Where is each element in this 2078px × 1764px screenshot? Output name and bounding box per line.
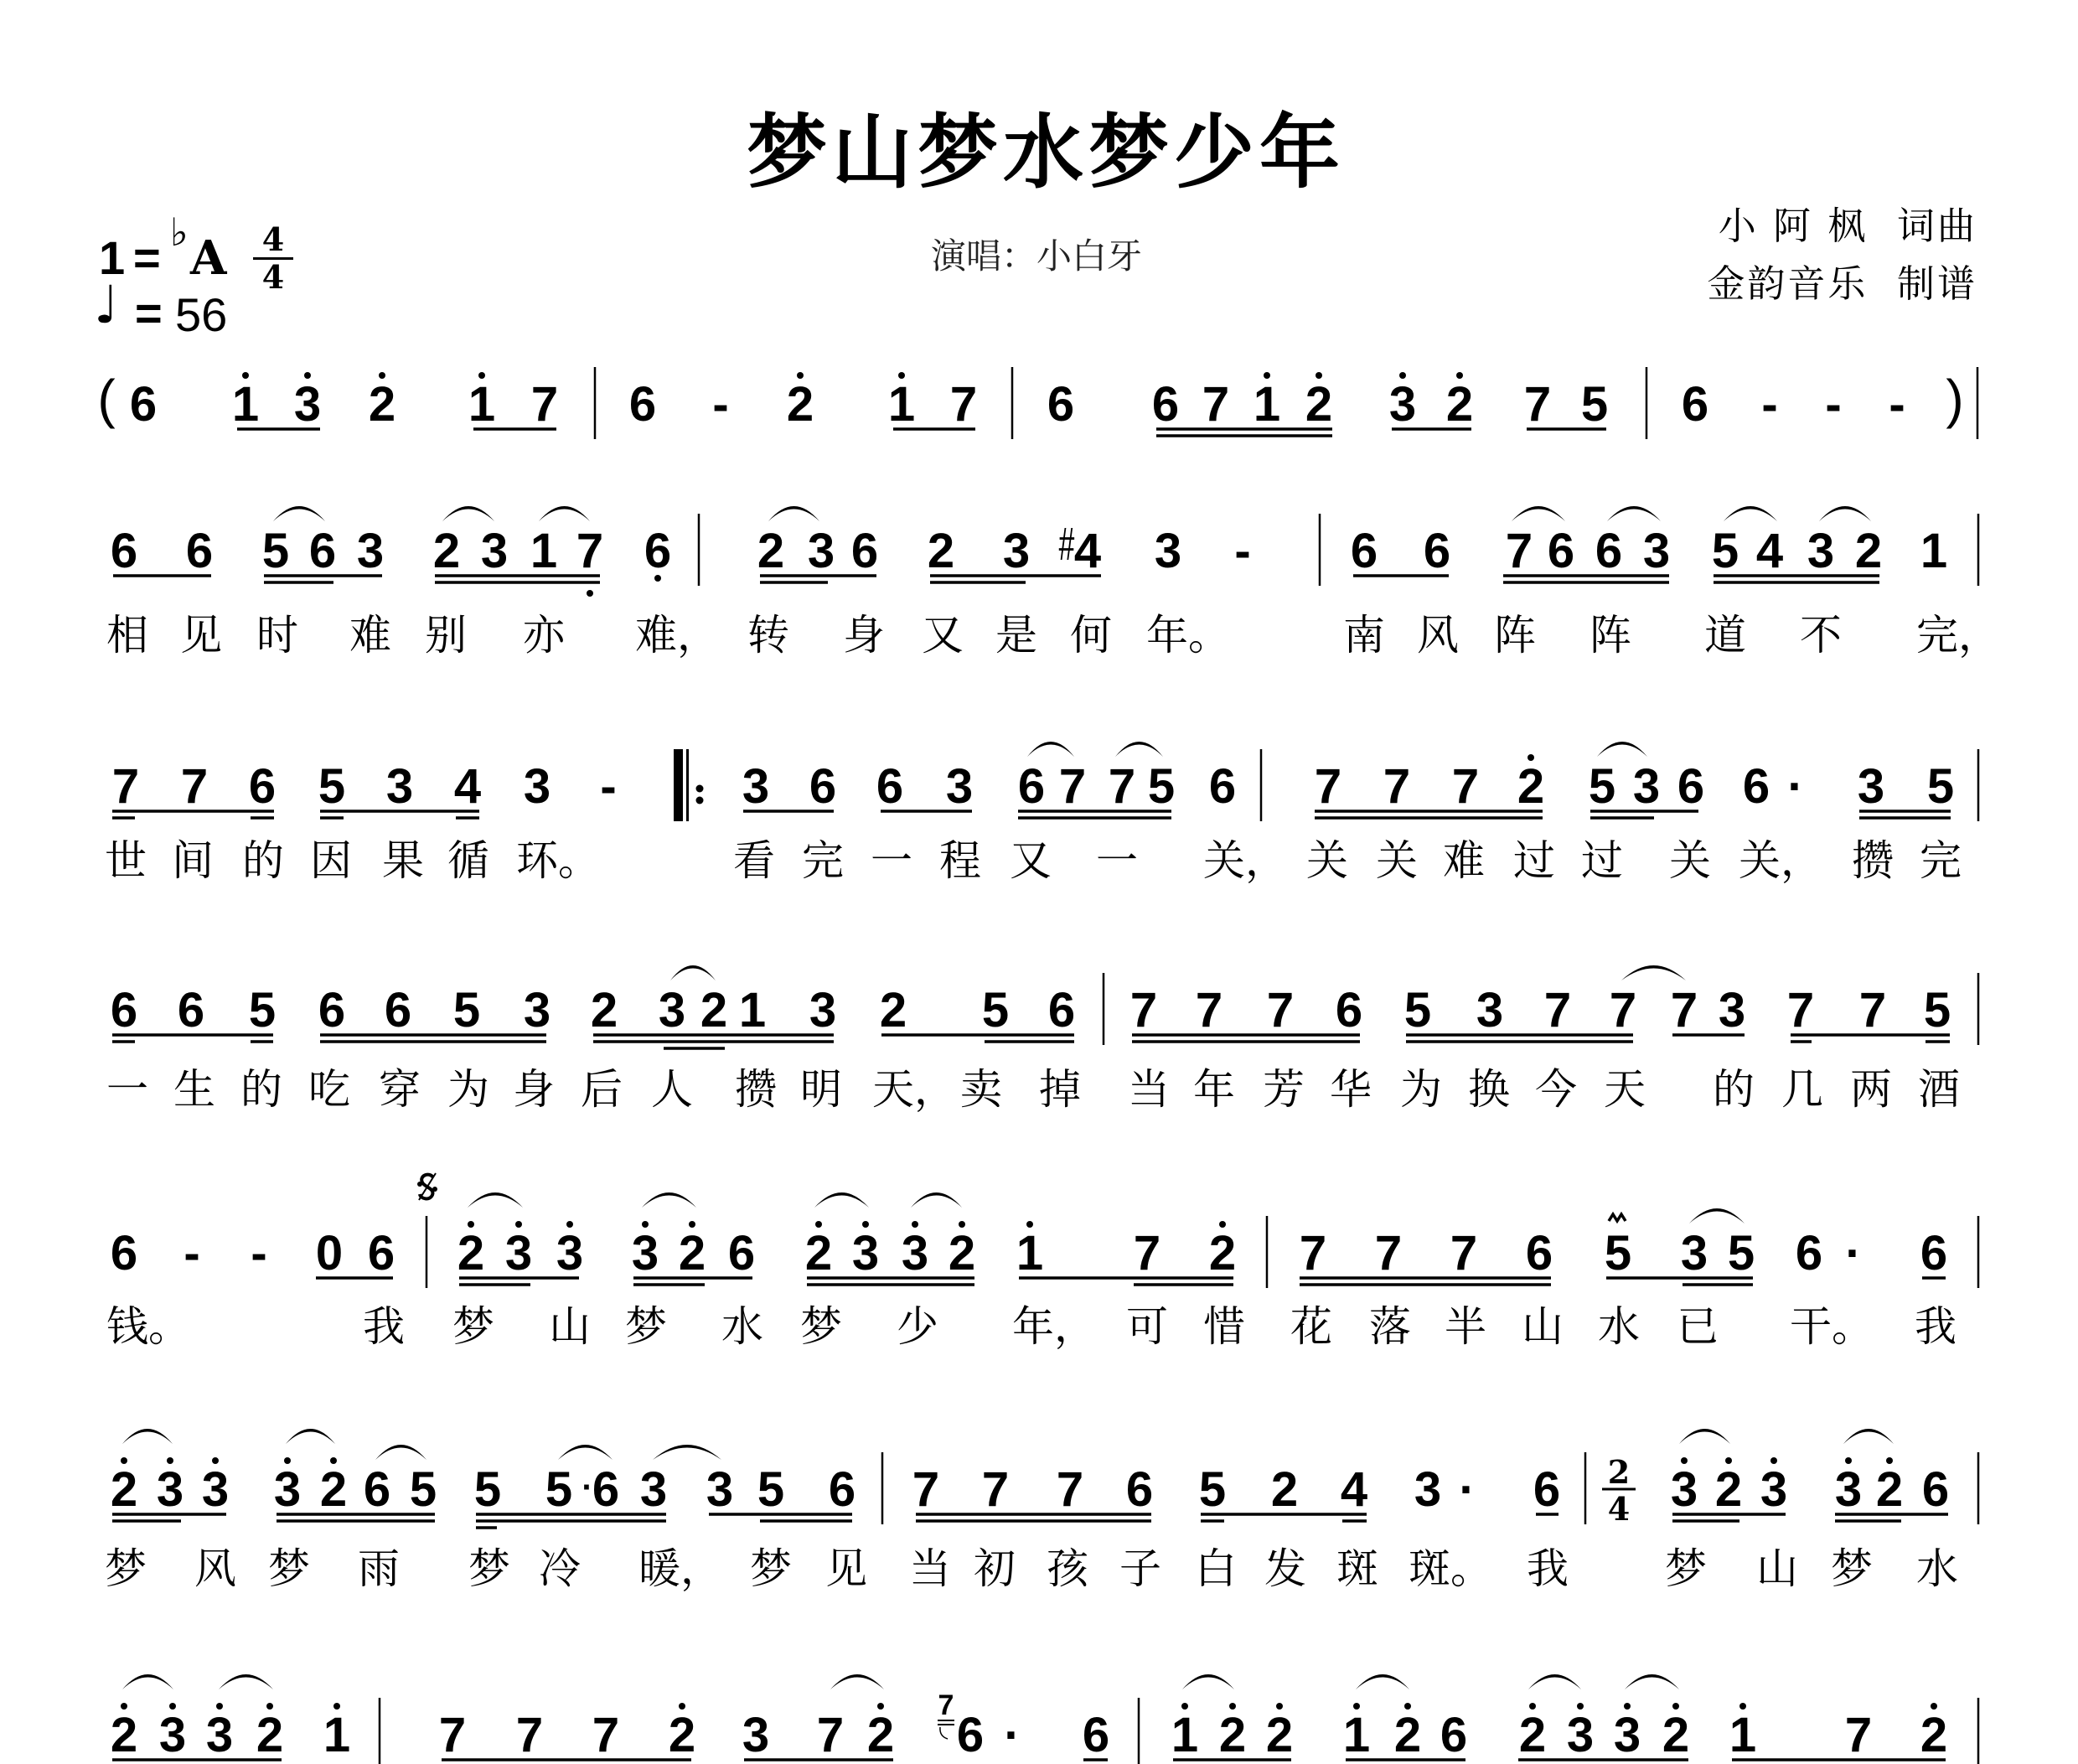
note-digit: 3 [695, 1466, 745, 1514]
lyric-char: 落 [1369, 1301, 1411, 1352]
lyric-char: 一 [1096, 835, 1138, 886]
lyric-char: 风 [1417, 610, 1459, 660]
note-digit: 3 [512, 986, 562, 1035]
dash-extension: - [234, 1229, 284, 1278]
note-digit: 7 [1848, 986, 1898, 1035]
note-digit: 3 [731, 1711, 781, 1760]
lyric-char: 已 [1677, 1301, 1719, 1352]
note-digit: 3 [1555, 1711, 1605, 1760]
note-digit: 0 [304, 1229, 354, 1278]
augmentation-dot: · [1770, 763, 1821, 811]
note-digit: 7 [1439, 1229, 1489, 1278]
note-digit: 7 [805, 1711, 855, 1760]
lyric-char: 关， [1739, 835, 1822, 886]
note-digit: 3 [190, 1466, 240, 1514]
note-digit: 5 [1912, 986, 1962, 1035]
note-digit: 2 [1197, 1229, 1248, 1278]
note-digit: 5 [746, 1466, 796, 1514]
dash-extension: - [1745, 380, 1795, 429]
note-digit: 2 [1651, 1711, 1701, 1760]
note-digit: 4 [1745, 527, 1795, 576]
lyric-char: 见 [180, 610, 222, 660]
note-digit: 6 [1670, 380, 1720, 429]
note-digit: 6 [1429, 1711, 1479, 1760]
lyric-char: 环。 [516, 835, 600, 886]
lyric-char: 干。 [1790, 1301, 1874, 1352]
lyric-char: 为 [447, 1064, 489, 1115]
lyric-char: 穿 [379, 1064, 421, 1115]
note-digit: 3 [147, 1711, 198, 1760]
lyric-char: 华 [1330, 1064, 1372, 1115]
note-digit: 6 [1584, 527, 1634, 576]
note-digit: 7 [938, 380, 989, 429]
note-digit: 1 [1718, 1711, 1768, 1760]
augmentation-dot: · [1828, 1229, 1879, 1278]
note-digit: 6 [1324, 986, 1374, 1035]
note-digit: 2 [1207, 1711, 1258, 1760]
lyric-char: 少 [897, 1301, 938, 1352]
note-digit: 3 [494, 1229, 544, 1278]
lyric-char: 阵 [1590, 610, 1631, 660]
lyric-char: 为 [1400, 1064, 1442, 1115]
lyric-char: 梦 [625, 1301, 667, 1352]
note-digit: 7 [565, 527, 615, 576]
note-digit: 2 [868, 986, 918, 1035]
note-digit: 6 [840, 527, 890, 576]
lyric-char: 斑。 [1409, 1544, 1492, 1594]
lyric-char: 水 [1916, 1544, 1958, 1594]
note-digit: 2 [579, 986, 629, 1035]
note-digit: 5 [398, 1466, 448, 1514]
lyric-char: 梦 [468, 1544, 510, 1594]
lyric-char: 身 [513, 1064, 555, 1115]
lyric-char: 山 [1756, 1544, 1798, 1594]
note-digit: 5 [1187, 1466, 1238, 1514]
note-digit: 2 [1259, 1466, 1310, 1514]
note-digit: 6 [1036, 380, 1086, 429]
note-digit: 6 [1339, 527, 1389, 576]
note-digit: 1 [457, 380, 507, 429]
note-digit: 3 [620, 1229, 670, 1278]
note-digit: 7 [1119, 986, 1169, 1035]
note-digit: 6 [99, 986, 149, 1035]
lyric-char: 我 [1915, 1301, 1957, 1352]
lyric-char: 阵 [1494, 610, 1536, 660]
note-digit: 6 [1910, 1466, 1961, 1514]
score-notation: (6132176-2176671232756---)66563231762362… [0, 0, 2078, 1764]
note-digit: 1 [220, 380, 271, 429]
note-digit: 4 [1329, 1466, 1379, 1514]
note-digit: 7 [1303, 763, 1353, 811]
lyric-char: 见 [825, 1544, 867, 1594]
lyric-char: 年， [1012, 1301, 1096, 1352]
note-digit: 3 [375, 763, 425, 811]
note-digit: 2 [446, 1229, 496, 1278]
note-digit: 3 [890, 1229, 940, 1278]
lyric-char: 难， [635, 610, 719, 660]
note-digit: 2 [1507, 1711, 1558, 1760]
time-signature-top: 2 [1600, 1456, 1637, 1488]
lyric-char: 完， [1916, 610, 2000, 660]
note-digit: 6 [865, 763, 915, 811]
lyric-char: 的 [1713, 1064, 1755, 1115]
note-digit: 7 [519, 380, 570, 429]
lyric-char: 完 [1920, 835, 1962, 886]
note-digit: 2 [855, 1711, 906, 1760]
note-digit: 5 [1577, 763, 1627, 811]
note-digit: 3 [282, 380, 333, 429]
lyric-char: 关 [1306, 835, 1348, 886]
sharp-icon: # [1057, 520, 1077, 567]
note-digit: 5 [1136, 763, 1186, 811]
note-digit: 6 [1140, 380, 1191, 429]
lyric-char: 半 [1445, 1301, 1486, 1352]
note-digit: 6 [817, 1466, 867, 1514]
note-digit: 5 [1593, 1229, 1643, 1278]
lyric-char: 我 [1527, 1544, 1569, 1594]
note-digit: 6 [1909, 1229, 1959, 1278]
lyric-char: 的 [242, 835, 284, 886]
lyric-char: 梦 [105, 1544, 147, 1594]
lyric-char: 人 [651, 1064, 693, 1115]
lyric-char: 梦 [268, 1544, 310, 1594]
lyric-char: 钱。 [106, 1301, 190, 1352]
note-digit: 3 [1846, 763, 1896, 811]
note-digit: 2 [1294, 380, 1344, 429]
note-digit: 2 [916, 527, 966, 576]
note-digit: 3 [1378, 380, 1428, 429]
lyric-char: 世 [105, 835, 147, 886]
note-digit: 7 [1659, 986, 1709, 1035]
note-digit: 7 [1255, 986, 1305, 1035]
lyric-char: 天， [872, 1064, 956, 1115]
note-digit: 3 [798, 986, 848, 1035]
note-digit: 6 [581, 1466, 631, 1514]
note-digit: 6 [99, 1229, 149, 1278]
note-digit: 6 [1412, 527, 1462, 576]
note-digit: 2 [99, 1711, 149, 1760]
note-digit: 5 [1569, 380, 1620, 429]
note-digit: 3 [345, 527, 395, 576]
lyric-char: 道 [1704, 610, 1746, 660]
lyric-char: 梦 [1665, 1544, 1707, 1594]
lyric-char: 冷 [539, 1544, 581, 1594]
lyric-char: 一 [106, 1064, 148, 1115]
lyric-char: 因 [310, 835, 352, 886]
note-digit: 2 [99, 1466, 149, 1514]
lyric-char: 子 [1119, 1544, 1161, 1594]
note-digit: 2 [308, 1466, 359, 1514]
note-digit: 6 [166, 986, 216, 1035]
lyric-char: 难 [1443, 835, 1485, 886]
note-digit: 6 [1197, 763, 1248, 811]
lyric-char: 转 [747, 610, 789, 660]
note-digit: 5 [442, 986, 492, 1035]
dash-extension: - [583, 763, 633, 811]
note-digit: 5 [237, 986, 287, 1035]
note-digit: 1 [876, 380, 927, 429]
note-digit: 1 [727, 986, 778, 1035]
note-digit: 2 [775, 380, 825, 429]
lyric-char: 吃 [308, 1064, 350, 1115]
note-digit: 5 [534, 1466, 584, 1514]
note-digit: 3 [934, 763, 985, 811]
lyric-char: 相 [106, 610, 148, 660]
note-digit: 3 [469, 527, 519, 576]
note-digit: 5 [1716, 1229, 1766, 1278]
note-digit: 7 [581, 1711, 631, 1760]
note-digit: 2 [421, 527, 472, 576]
lyric-char: 换 [1468, 1064, 1510, 1115]
lyric-char: 发 [1264, 1544, 1306, 1594]
lyric-char: 过 [1581, 835, 1623, 886]
lyric-char: 掉 [1039, 1064, 1081, 1115]
note-digit: 3 [628, 1466, 679, 1514]
lyric-char: 间 [172, 835, 214, 886]
lyric-char: 可 [1126, 1301, 1168, 1352]
note-digit: 2 [245, 1711, 295, 1760]
note-digit: 3 [840, 1229, 891, 1278]
note-digit: 6 [716, 1229, 767, 1278]
lyric-char: 惜 [1203, 1301, 1245, 1352]
note-digit: 6 [1114, 1466, 1165, 1514]
note-digit: 6 [618, 380, 668, 429]
augmentation-dot: · [987, 1711, 1037, 1760]
lyric-char: 今 [1535, 1064, 1577, 1115]
note-digit: 3 [1749, 1466, 1799, 1514]
lyric-char: 孩 [1047, 1544, 1088, 1594]
lyric-char: 风 [194, 1544, 236, 1594]
lyric-char: 后 [581, 1064, 623, 1115]
lyric-char: 的 [240, 1064, 282, 1115]
note-digit: 6 [1071, 1711, 1121, 1760]
note-digit: 7 [1191, 380, 1241, 429]
note-digit: 7 [1122, 1229, 1172, 1278]
note-digit: 7 [1363, 1229, 1414, 1278]
note-digit: 7 [101, 763, 151, 811]
note-digit: 6 [99, 527, 149, 576]
lyric-char: 初 [974, 1544, 1016, 1594]
lyric-char: 雨 [358, 1544, 400, 1594]
note-digit: 6 [1784, 1229, 1834, 1278]
note-digit: 3 [545, 1229, 595, 1278]
note-digit: 7 [1598, 986, 1648, 1035]
note-digit: 2 [1909, 1711, 1959, 1760]
lyric-char: 山 [549, 1301, 591, 1352]
lyric-char: 花 [1290, 1301, 1332, 1352]
note-digit: 3 [796, 527, 846, 576]
note-digit: 5 [1700, 527, 1750, 576]
note-digit: 2 [1864, 1466, 1915, 1514]
close-parenthesis: ) [1930, 372, 1980, 426]
note-digit: 1 [1331, 1711, 1382, 1760]
note-digit: 6 [1036, 986, 1087, 1035]
note-digit: 3 [1465, 986, 1515, 1035]
note-digit: 6 [118, 380, 168, 429]
note-digit: 7 [1776, 986, 1826, 1035]
note-digit: 7 [1372, 763, 1422, 811]
note-digit: 7 [901, 1466, 951, 1514]
note-digit: 7 [1833, 1711, 1884, 1760]
lyric-char: 芳 [1263, 1064, 1305, 1115]
note-digit: 2 [1254, 1711, 1305, 1760]
note-digit: 6 [174, 527, 225, 576]
note-digit: 2 [937, 1229, 987, 1278]
lyric-char: 不 [1800, 610, 1842, 660]
lyric-char: 一 [871, 835, 912, 886]
lyric-char: 果 [382, 835, 424, 886]
dash-extension: - [1217, 527, 1268, 576]
lyric-char: 是 [995, 610, 1037, 660]
lyric-char: 水 [1598, 1301, 1640, 1352]
lyric-char: 别 [425, 610, 467, 660]
lyric-char: 年 [1193, 1064, 1235, 1115]
lyric-char: 梦 [1831, 1544, 1873, 1594]
lyric-char: 暖， [638, 1544, 722, 1594]
lyric-char: 天 [1604, 1064, 1646, 1115]
note-digit: 2 [1703, 1466, 1754, 1514]
lyric-char: 梦 [750, 1544, 792, 1594]
note-digit: 3 [1143, 527, 1193, 576]
note-digit: 2 [1843, 527, 1894, 576]
time-signature-bottom: 4 [1600, 1493, 1637, 1525]
note-digit: 1 [1160, 1711, 1210, 1760]
note-digit: 5 [1915, 763, 1966, 811]
lyric-char: 当 [909, 1544, 951, 1594]
lyric-char: 酒 [1918, 1064, 1960, 1115]
note-digit: 1 [312, 1711, 362, 1760]
lyric-char: 水 [721, 1301, 763, 1352]
note-digit: 2 [357, 380, 407, 429]
note-digit: 1 [519, 527, 569, 576]
lyric-char: 又 [1010, 835, 1052, 886]
note-digit: 2 [1434, 380, 1485, 429]
note-digit: 6 [1522, 1466, 1572, 1514]
lyric-char: 过 [1513, 835, 1555, 886]
note-digit: 6 [633, 527, 683, 576]
note-digit: 6 [798, 763, 848, 811]
note-digit: 6 [1536, 527, 1586, 576]
dash-extension: - [695, 380, 746, 429]
note-digit: 2 [1383, 1711, 1433, 1760]
lyric-char: 看 [733, 835, 775, 886]
lyric-char: 关 [1669, 835, 1711, 886]
note-digit: 1 [1005, 1229, 1055, 1278]
lyric-char: 攒 [1852, 835, 1894, 886]
note-digit: 5 [463, 1466, 513, 1514]
note-digit: 3 [145, 1466, 195, 1514]
lyric-char: 梦 [800, 1301, 842, 1352]
note-digit: 5 [307, 763, 357, 811]
lyric-char: 关 [1376, 835, 1418, 886]
note-digit: 3 [991, 527, 1042, 576]
note-digit: 6 [307, 986, 357, 1035]
lyric-char: 年。 [1146, 610, 1230, 660]
note-digit: 2 [746, 527, 796, 576]
note-digit: 3 [1707, 986, 1757, 1035]
note-digit: 7 [427, 1711, 478, 1760]
note-digit: 3 [731, 763, 781, 811]
lyric-char: 斑 [1336, 1544, 1378, 1594]
lyric-char: 身 [843, 610, 885, 660]
note-digit: 6 [1514, 1229, 1564, 1278]
note-digit: 3 [1669, 1229, 1719, 1278]
note-digit: 2 [793, 1229, 844, 1278]
lyric-char: 时 [256, 610, 298, 660]
note-digit: 1 [1909, 527, 1959, 576]
note-digit: 3 [262, 1466, 313, 1514]
lyric-char: 何 [1070, 610, 1112, 660]
dash-extension: - [1808, 380, 1858, 429]
lyric-char: 关， [1203, 835, 1287, 886]
lyric-char: 卖 [960, 1064, 1002, 1115]
lyric-char: 又 [922, 610, 964, 660]
lyric-char: 明 [800, 1064, 842, 1115]
note-digit: 6 [297, 527, 348, 576]
note-digit: 2 [1506, 763, 1556, 811]
note-digit: 7 [1047, 763, 1098, 811]
note-digit: 1 [1242, 380, 1292, 429]
note-digit: 5 [970, 986, 1021, 1035]
dash-extension: - [167, 1229, 217, 1278]
note-digit: 7 [1045, 1466, 1095, 1514]
note-digit: 7 [1533, 986, 1583, 1035]
lyric-char: 两 [1850, 1064, 1892, 1115]
note-digit: 6 [1666, 763, 1716, 811]
note-digit: 5 [251, 527, 301, 576]
lyric-char: 南 [1343, 610, 1385, 660]
note-digit: 7 [504, 1711, 555, 1760]
lyric-char: 当 [1128, 1064, 1170, 1115]
lyric-char: 生 [173, 1064, 215, 1115]
note-digit: 3 [1631, 527, 1682, 576]
note-digit: 3 [512, 763, 562, 811]
note-digit: 6 [237, 763, 287, 811]
note-digit: 7 [1440, 763, 1491, 811]
note-digit: 6 [352, 1466, 402, 1514]
augmentation-dot: · [1442, 1466, 1492, 1514]
note-digit: 3 [1796, 527, 1846, 576]
lyric-char: 完 [802, 835, 844, 886]
note-digit: 3 [194, 1711, 245, 1760]
lyric-char: 梦 [452, 1301, 494, 1352]
note-digit: 6 [373, 986, 423, 1035]
note-digit: 5 [1393, 986, 1443, 1035]
lyric-char: 难 [349, 610, 391, 660]
lyric-char: 亦 [523, 610, 565, 660]
note-digit: 7 [1184, 986, 1234, 1035]
note-digit: 3 [1602, 1711, 1652, 1760]
score-page: 梦山梦水梦少年 1 = ♭ A 4 4 ♩ = 56 演唱：小白牙 小 阿 枫 … [0, 0, 2078, 1764]
note-digit: 7 [169, 763, 220, 811]
dash-extension: - [1872, 380, 1922, 429]
note-digit: 7 [970, 1466, 1021, 1514]
lyric-char: 攒 [735, 1064, 777, 1115]
note-digit: 2 [657, 1711, 707, 1760]
note-digit: 3 [1659, 1466, 1709, 1514]
lyric-char: 循 [447, 835, 489, 886]
lyric-char: 山 [1522, 1301, 1564, 1352]
note-digit: 2 [667, 1229, 717, 1278]
lyric-char: 几 [1781, 1064, 1823, 1115]
note-digit: 6 [356, 1229, 406, 1278]
note-digit: 3 [1621, 763, 1672, 811]
lyric-char: 我 [363, 1301, 405, 1352]
lyric-char: 白 [1195, 1544, 1237, 1594]
note-digit: 7 [1512, 380, 1563, 429]
lyric-char: 程 [939, 835, 981, 886]
note-digit: 7 [1288, 1229, 1338, 1278]
